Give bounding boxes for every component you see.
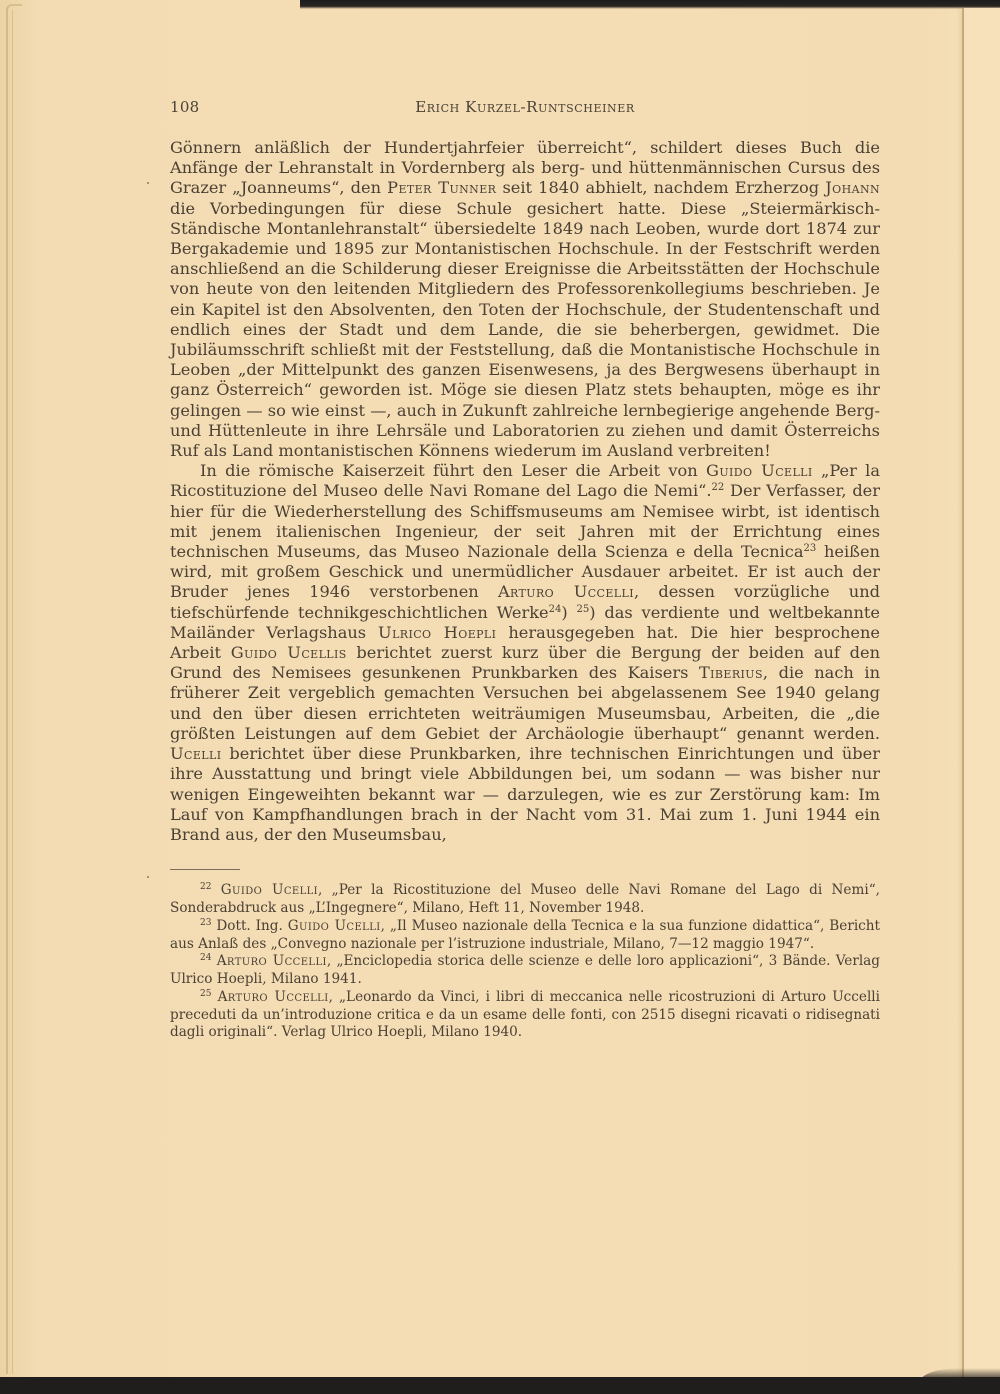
text-run: ) [561,603,576,622]
book-left-edge-inner [12,10,19,1374]
text-run: berichtet über diese Prunkbarken, ihre t… [170,744,880,844]
scanned-page: 108 Erich Kurzel-Runtscheiner Gönnern an… [0,0,1000,1394]
margin-speck [147,876,149,878]
running-title: Erich Kurzel-Runtscheiner [170,98,880,116]
paragraph-2: In die römische Kaiserzeit führt den Les… [170,461,880,845]
footnotes: 22 Guido Ucelli, „Per la Ricostituzione … [170,882,880,1042]
person-name: Johann [825,178,880,197]
person-name: Guido Ucelli [221,882,318,898]
running-header: 108 Erich Kurzel-Runtscheiner [170,98,880,120]
text-run: In die römische Kaiserzeit führt den Les… [200,461,706,480]
person-name: Peter Tunner [387,178,496,197]
footnote-22: 22 Guido Ucelli, „Per la Ricostituzione … [170,882,880,918]
person-name: Guido Ucellis [231,643,347,662]
book-right-strip [964,8,1000,1378]
footnote-ref: 24 [549,604,562,615]
page-content: 108 Erich Kurzel-Runtscheiner Gönnern an… [170,98,880,1042]
footnote-ref: 25 [577,604,590,615]
paragraph-1: Gönnern anläßlich der Hundertjahrfeier ü… [170,138,880,461]
margin-speck [147,182,149,184]
footnote-number: 24 [200,953,211,963]
publisher-name: Ulrico Hoepli [378,623,496,642]
text-run: seit 1840 abhielt, nachdem Erzherzog [496,178,825,197]
footnote-25: 25 Arturo Uccelli, „Leonardo da Vinci, i… [170,989,880,1042]
footnote-23: 23 Dott. Ing. Guido Ucelli, „Il Museo na… [170,918,880,954]
footnote-divider [170,869,240,870]
body-text: Gönnern anläßlich der Hundertjahrfeier ü… [170,138,880,845]
text-run: die Vorbedingungen für diese Schule gesi… [170,199,880,460]
footnote-prefix: Dott. Ing. [216,918,287,934]
person-name: Tiberius [699,663,763,682]
person-name: Arturo Uccelli [218,989,329,1005]
book-spine-fold [962,8,964,1378]
footnote-number: 22 [200,882,211,892]
scan-top-shadow [300,0,1000,9]
person-name: Guido Ucelli [706,461,813,480]
footnote-number: 25 [200,989,211,999]
footnote-number: 23 [200,918,211,928]
person-name: Ucelli [170,744,221,763]
person-name: Arturo Uccelli [498,582,634,601]
person-name: Arturo Uccelli [217,953,327,969]
footnote-ref: 23 [803,543,816,554]
footnote-ref: 22 [712,482,725,493]
footnote-24: 24 Arturo Uccelli, „Enciclopedia storica… [170,953,880,989]
person-name: Guido Ucelli [288,918,381,934]
scan-bottom-shadow [0,1377,1000,1394]
